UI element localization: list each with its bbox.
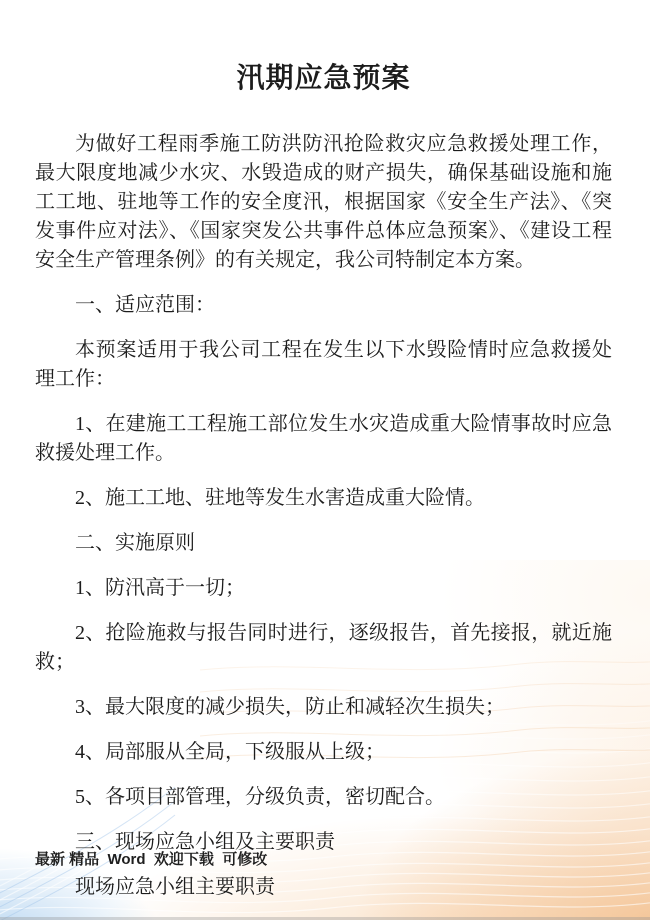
document-content: 汛期应急预案 为做好工程雨季施工防洪防汛抢险救灾应急救援处理工作，最大限度地减少… xyxy=(0,0,650,902)
paragraph-scope-item-2: 2、施工工地、驻地等发生水害造成重大险情。 xyxy=(35,484,612,513)
paragraph-scope-intro: 本预案适用于我公司工程在发生以下水毁险情时应急救援处理工作： xyxy=(35,336,612,394)
paragraph-principle-3: 3、最大限度的减少损失，防止和减轻次生损失； xyxy=(35,693,612,722)
heading-principles: 二、实施原则 xyxy=(35,529,612,558)
footer-watermark: 最新 精品 Word 欢迎下载 可修改 xyxy=(35,848,267,869)
paragraph-principle-2: 2、抢险施救与报告同时进行，逐级报告，首先接报，就近施救； xyxy=(35,619,612,677)
paragraph-scope-item-1: 1、在建施工工程施工部位发生水灾造成重大险情事故时应急救援处理工作。 xyxy=(35,410,612,468)
paragraph-principle-4: 4、局部服从全局，下级服从上级； xyxy=(35,738,612,767)
paragraph-principle-5: 5、各项目部管理，分级负责，密切配合。 xyxy=(35,783,612,812)
document-title: 汛期应急预案 xyxy=(35,58,612,100)
document-page: 汛期应急预案 为做好工程雨季施工防洪防汛抢险救灾应急救援处理工作，最大限度地减少… xyxy=(0,0,650,920)
paragraph-intro: 为做好工程雨季施工防洪防汛抢险救灾应急救援处理工作，最大限度地减少水灾、水毁造成… xyxy=(35,130,612,275)
paragraph-team-duties: 现场应急小组主要职责 xyxy=(35,873,612,902)
paragraph-principle-1: 1、防汛高于一切； xyxy=(35,574,612,603)
heading-scope: 一、适应范围： xyxy=(35,291,612,320)
